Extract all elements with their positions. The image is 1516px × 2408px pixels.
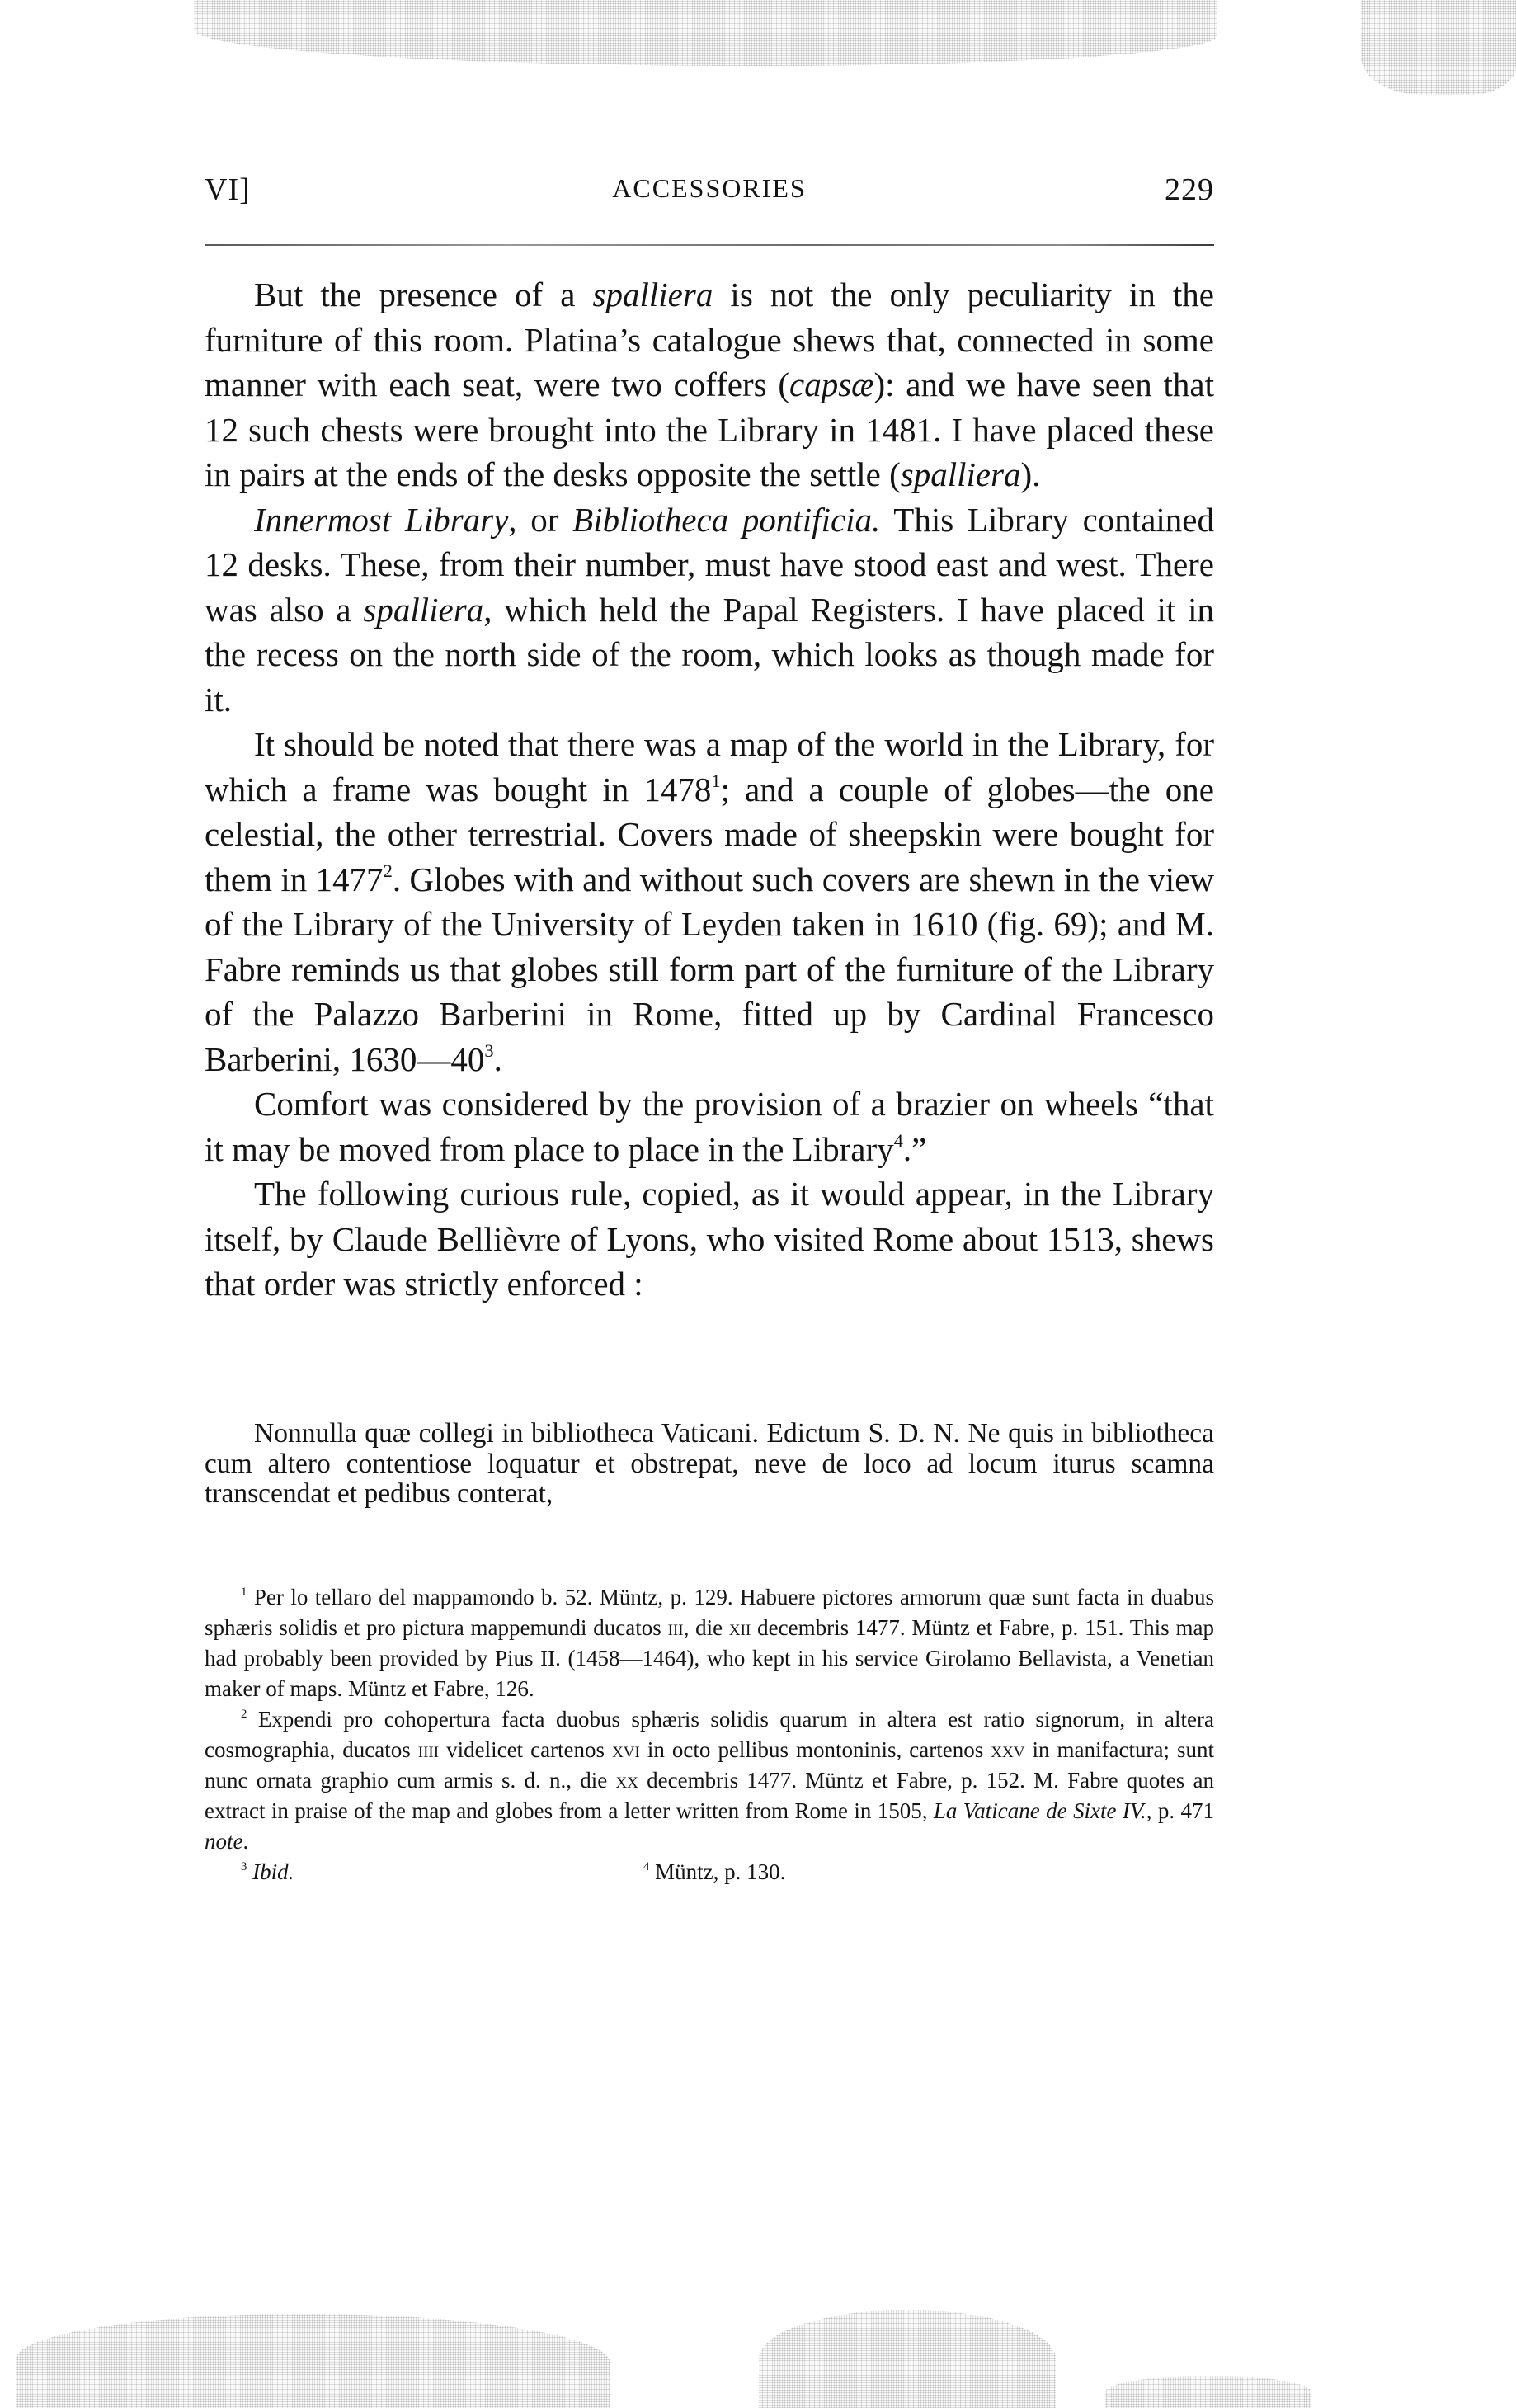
footnote-marker: 1 [241, 1586, 247, 1599]
footnote-3: 3 Ibid. [241, 1857, 294, 1887]
running-title: ACCESSORIES [205, 173, 1214, 204]
footnote-4: 4 Müntz, p. 130. [643, 1857, 785, 1887]
scan-artifact-bottom-right [1105, 2376, 1311, 2408]
quotation-text: Nonnulla quæ collegi in bibliotheca Vati… [205, 1419, 1214, 1510]
page-number: 229 [1165, 172, 1214, 208]
scan-artifact-top-right [1361, 0, 1516, 95]
paragraph: The following curious rule, copied, as i… [205, 1171, 1214, 1307]
scan-artifact-top [194, 0, 1217, 66]
paragraph: Comfort was considered by the provision … [205, 1081, 1214, 1171]
running-head: VI] ACCESSORIES 229 [205, 172, 1214, 221]
footnotes-3-4: 3 Ibid. 4 Müntz, p. 130. [205, 1857, 1214, 1887]
footnotes: 1 Per lo tellaro del mappamondo b. 52. M… [205, 1582, 1214, 1887]
footnote-2: 2 Expendi pro cohopertura facta duobus s… [205, 1704, 1214, 1857]
footnote-1: 1 Per lo tellaro del mappamondo b. 52. M… [205, 1582, 1214, 1704]
scan-artifact-bottom-left [16, 2314, 610, 2408]
paragraph: It should be noted that there was a map … [205, 722, 1214, 1081]
paragraph: But the presence of a spalliera is not t… [205, 272, 1214, 497]
paragraph: Innermost Library, or Bibliotheca pontif… [205, 497, 1214, 723]
scan-artifact-bottom-mid [759, 2310, 1056, 2408]
header-rule [205, 244, 1214, 246]
latin-quotation: Nonnulla quæ collegi in bibliotheca Vati… [205, 1419, 1214, 1510]
body-text: But the presence of a spalliera is not t… [205, 272, 1214, 1307]
footnote-marker: 3 [241, 1860, 247, 1873]
footnote-marker: 4 [643, 1860, 649, 1873]
footnote-marker: 2 [241, 1708, 247, 1721]
